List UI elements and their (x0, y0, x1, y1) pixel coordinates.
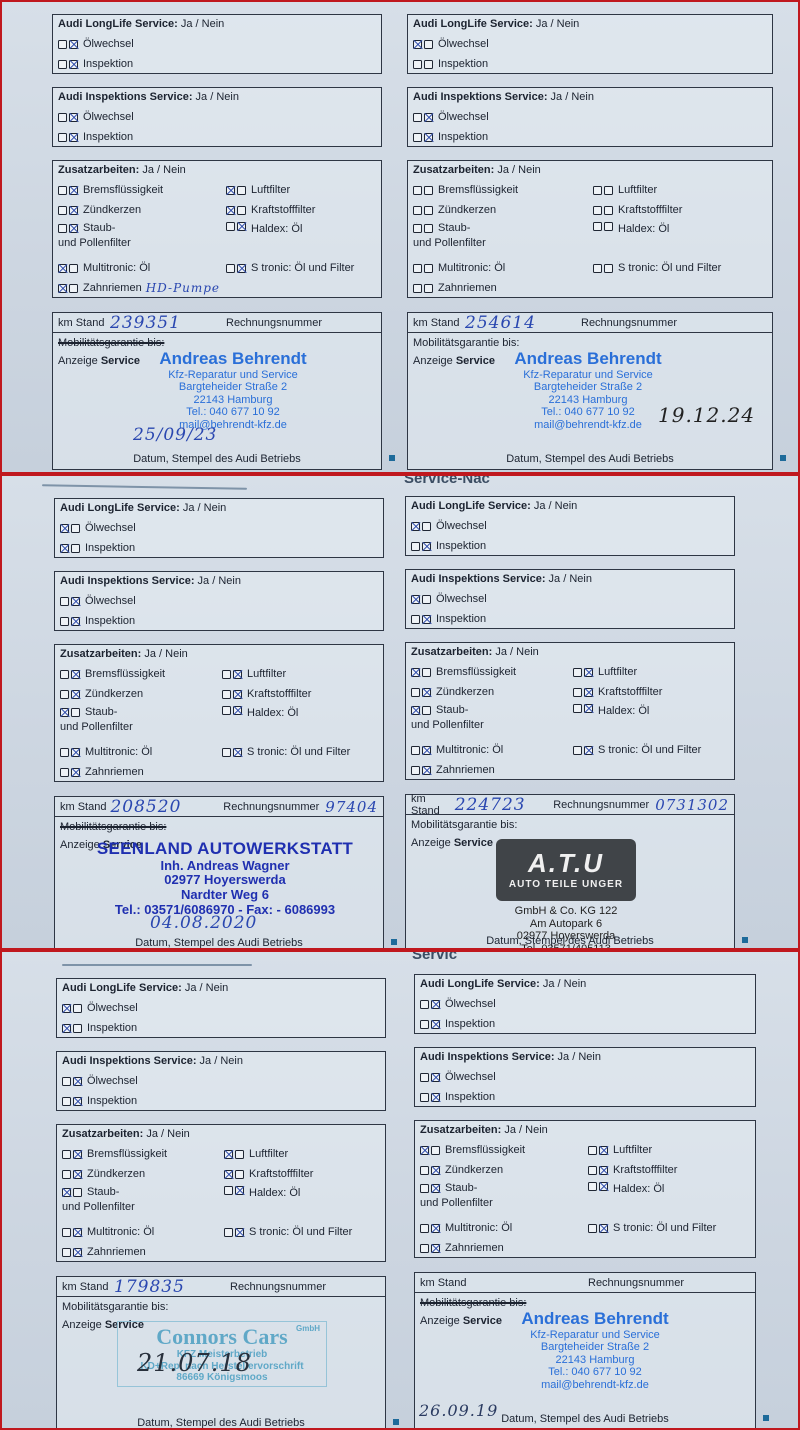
checkbox-row-bremsfluessigkeit: Bremsflüssigkeit (60, 664, 216, 684)
checkbox-ja[interactable] (58, 206, 67, 215)
checkbox-nein[interactable] (431, 1000, 440, 1009)
checkbox-nein[interactable] (73, 1077, 82, 1086)
checkbox-nein[interactable] (431, 1073, 440, 1082)
checkbox-row-inspektion: Inspektion (420, 1087, 750, 1107)
checkbox-ja[interactable] (222, 706, 231, 715)
label-stronic: S tronic: Öl und Filter (247, 745, 350, 759)
checkbox-ja[interactable] (413, 284, 422, 293)
longlife-box: Audi LongLife Service: Ja / Nein Ölwechs… (407, 14, 773, 74)
checkbox-row-multitronic: Multitronic: Öl (60, 742, 216, 762)
checkbox-row-inspektion: Inspektion (58, 127, 376, 147)
checkbox-ja[interactable] (62, 1097, 71, 1106)
checkbox-ja[interactable] (60, 617, 69, 626)
checkbox-nein[interactable] (71, 690, 80, 699)
label-inspektion: Inspektion (436, 612, 486, 626)
checkbox-row-inspektion: Inspektion (411, 536, 729, 556)
longlife-title: Audi LongLife Service: (58, 18, 178, 30)
label-inspektion: Inspektion (87, 1021, 137, 1035)
km-stand-label: km Stand (60, 801, 110, 813)
checkbox-nein[interactable] (69, 264, 78, 273)
checkbox-nein[interactable] (424, 224, 433, 233)
checkbox-row-stronic: S tronic: Öl und Filter (588, 1218, 750, 1238)
checkbox-nein[interactable] (424, 284, 433, 293)
ja-nein-label: Ja / Nein (534, 500, 577, 512)
checkbox-nein[interactable] (422, 746, 431, 755)
checkbox-nein[interactable] (235, 1170, 244, 1179)
checkbox-row-multitronic: Multitronic: Öl (420, 1218, 582, 1238)
checkbox-nein[interactable] (422, 522, 431, 531)
checkbox-row-zahnriemen: Zahnriemen (413, 278, 587, 298)
checkbox-nein[interactable] (69, 113, 78, 122)
longlife-title: Audi LongLife Service: (62, 982, 182, 994)
checkbox-row-stronic: S tronic: Öl und Filter (573, 740, 729, 760)
checkbox-nein[interactable] (599, 1224, 608, 1233)
label-oelwechsel: Ölwechsel (438, 37, 489, 51)
checkbox-nein[interactable] (71, 748, 80, 757)
checkbox-ja[interactable] (226, 206, 235, 215)
checkbox-ja[interactable] (224, 1170, 233, 1179)
checkbox-nein[interactable] (73, 1150, 82, 1159)
label-zuendkerzen: Zündkerzen (85, 687, 143, 701)
checkbox-ja[interactable] (224, 1150, 233, 1159)
checkbox-row-stronic: S tronic: Öl und Filter (222, 742, 378, 762)
label-zuendkerzen: Zündkerzen (445, 1163, 503, 1177)
label-kraftstofffilter: Kraftstofffilter (247, 687, 311, 701)
label-zuendkerzen: Zündkerzen (438, 203, 496, 217)
label-inspektion: Inspektion (438, 130, 488, 144)
checkbox-ja[interactable] (60, 708, 69, 717)
label-kraftstofffilter: Kraftstofffilter (249, 1167, 313, 1181)
checkbox-nein[interactable] (69, 206, 78, 215)
label-luftfilter: Luftfilter (598, 665, 637, 679)
zusatz-title: Zusatzarbeiten: (420, 1124, 501, 1136)
checkbox-nein[interactable] (71, 544, 80, 553)
checkbox-ja[interactable] (413, 264, 422, 273)
rechnungsnummer-label: Rechnungsnummer (581, 317, 677, 329)
checkbox-row-zuendkerzen: Zündkerzen (62, 1164, 218, 1184)
checkbox-ja[interactable] (62, 1228, 71, 1237)
checkbox-row-oelwechsel: Ölwechsel (420, 1067, 750, 1087)
checkbox-ja[interactable] (60, 524, 69, 533)
checkbox-nein[interactable] (584, 668, 593, 677)
checkbox-row-oelwechsel: Ölwechsel (413, 34, 767, 54)
checkbox-nein[interactable] (424, 264, 433, 273)
label-inspektion: Inspektion (438, 57, 488, 71)
service-entry: Audi LongLife Service: Ja / Nein Ölwechs… (414, 974, 756, 1430)
label-luftfilter: Luftfilter (249, 1147, 288, 1161)
checkbox-ja[interactable] (60, 768, 69, 777)
checkbox-nein[interactable] (73, 1188, 82, 1197)
label-inspektion: Inspektion (445, 1017, 495, 1031)
service-date: 25/09/23 (133, 425, 217, 445)
checkbox-row-oelwechsel: Ölwechsel (62, 1071, 380, 1091)
checkbox-nein[interactable] (69, 40, 78, 49)
ja-nein-label: Ja / Nein (144, 648, 187, 660)
checkbox-ja[interactable] (60, 748, 69, 757)
checkbox-ja[interactable] (573, 704, 582, 713)
checkbox-ja[interactable] (411, 522, 420, 531)
checkbox-nein[interactable] (233, 706, 242, 715)
checkbox-nein[interactable] (431, 1020, 440, 1029)
checkbox-nein[interactable] (237, 186, 246, 195)
checkbox-ja[interactable] (58, 224, 67, 233)
checkbox-ja[interactable] (413, 113, 422, 122)
checkbox-nein[interactable] (422, 688, 431, 697)
checkbox-ja[interactable] (420, 1244, 429, 1253)
checkbox-row-luftfilter: Luftfilter (226, 180, 376, 200)
checkbox-nein[interactable] (584, 746, 593, 755)
checkbox-nein[interactable] (69, 186, 78, 195)
label-zahnriemen: Zahnriemen (83, 281, 142, 295)
service-page-photo-2: Service-Nac Audi LongLife Service: Ja / … (0, 474, 800, 950)
checkbox-nein[interactable] (422, 615, 431, 624)
checkbox-ja[interactable] (226, 222, 235, 231)
checkbox-nein[interactable] (431, 1224, 440, 1233)
checkbox-ja[interactable] (58, 60, 67, 69)
checkbox-ja[interactable] (588, 1224, 597, 1233)
checkbox-nein[interactable] (431, 1146, 440, 1155)
checkbox-nein[interactable] (424, 60, 433, 69)
checkbox-ja[interactable] (588, 1166, 597, 1175)
checkbox-row-oelwechsel: Ölwechsel (58, 107, 376, 127)
atu-logo: A.T.UAUTO TEILE UNGER (496, 839, 636, 901)
inspektions-box: Audi Inspektions Service: Ja / Nein Ölwe… (414, 1047, 756, 1107)
checkbox-ja[interactable] (593, 264, 602, 273)
checkbox-ja[interactable] (413, 206, 422, 215)
label-oelwechsel: Ölwechsel (438, 110, 489, 124)
label-zuendkerzen: Zündkerzen (436, 685, 494, 699)
km-stand-value: 208520 (110, 797, 217, 817)
checkbox-nein[interactable] (71, 670, 80, 679)
label-inspektion: Inspektion (85, 541, 135, 555)
ja-nein-label: Ja / Nein (551, 91, 594, 103)
checkbox-ja[interactable] (60, 544, 69, 553)
page-heading: Servic (412, 950, 457, 963)
checkbox-ja[interactable] (411, 542, 420, 551)
label-oelwechsel: Ölwechsel (87, 1074, 138, 1088)
label-zuendkerzen: Zündkerzen (83, 203, 141, 217)
inspektions-box: Audi Inspektions Service: Ja / Nein Ölwe… (54, 571, 384, 631)
label-multitronic: Multitronic: Öl (445, 1221, 512, 1235)
label-stronic: S tronic: Öl und Filter (618, 261, 721, 275)
checkbox-ja[interactable] (222, 670, 231, 679)
checkbox-ja[interactable] (593, 186, 602, 195)
checkbox-nein[interactable] (69, 60, 78, 69)
mobilitaetsgarantie-label: Mobilitätsgarantie bis: (62, 1299, 380, 1315)
checkbox-row-bremsfluessigkeit: Bremsflüssigkeit (413, 180, 587, 200)
label-pollenfilter: und Pollenfilter (413, 236, 587, 250)
checkbox-ja[interactable] (573, 688, 582, 697)
checkbox-ja[interactable] (62, 1150, 71, 1159)
checkbox-row-kraftstofffilter: Kraftstofffilter (588, 1160, 750, 1180)
checkbox-nein[interactable] (422, 542, 431, 551)
checkbox-ja[interactable] (413, 60, 422, 69)
checkbox-row-zahnriemen: Zahnriemen (62, 1242, 218, 1262)
mobilitaetsgarantie-label: Mobilitätsgarantie bis: (60, 819, 378, 835)
checkbox-nein[interactable] (604, 206, 613, 215)
checkbox-row-multitronic: Multitronic: Öl (62, 1222, 218, 1242)
service-entry: Audi LongLife Service: Ja / Nein Ölwechs… (52, 14, 382, 474)
checkbox-nein[interactable] (424, 186, 433, 195)
checkbox-row-oelwechsel: Ölwechsel (60, 591, 378, 611)
checkbox-nein[interactable] (235, 1186, 244, 1195)
checkbox-row-zuendkerzen: Zündkerzen (58, 200, 220, 220)
checkbox-ja[interactable] (588, 1146, 597, 1155)
checkbox-row-staub-pollenfilter: Staub- und Pollenfilter (411, 702, 567, 740)
checkbox-ja[interactable] (411, 706, 420, 715)
checkbox-nein[interactable] (422, 595, 431, 604)
checkbox-ja[interactable] (420, 1093, 429, 1102)
checkbox-nein[interactable] (233, 670, 242, 679)
checkbox-ja[interactable] (593, 222, 602, 231)
checkbox-nein[interactable] (71, 768, 80, 777)
checkbox-ja[interactable] (58, 40, 67, 49)
checkbox-nein[interactable] (599, 1146, 608, 1155)
checkbox-nein[interactable] (431, 1244, 440, 1253)
label-staub: Staub- (83, 221, 115, 235)
label-oelwechsel: Ölwechsel (85, 521, 136, 535)
checkbox-ja[interactable] (588, 1182, 597, 1191)
label-inspektion: Inspektion (83, 57, 133, 71)
checkbox-nein[interactable] (71, 708, 80, 717)
checkbox-ja[interactable] (58, 284, 67, 293)
checkbox-nein[interactable] (73, 1248, 82, 1257)
checkbox-nein[interactable] (599, 1182, 608, 1191)
label-haldex: Haldex: Öl (618, 222, 669, 236)
zusatzarbeiten-box: Zusatzarbeiten: Ja / Nein Bremsflüssigke… (52, 160, 382, 298)
label-oelwechsel: Ölwechsel (436, 592, 487, 606)
checkbox-nein[interactable] (233, 690, 242, 699)
checkbox-row-haldex: Haldex: Öl (588, 1180, 750, 1200)
label-multitronic: Multitronic: Öl (436, 743, 503, 757)
ja-nein-label: Ja / Nein (497, 164, 540, 176)
corner-marker (742, 937, 748, 943)
checkbox-row-haldex: Haldex: Öl (573, 702, 729, 722)
checkbox-ja[interactable] (573, 746, 582, 755)
zusatz-title: Zusatzarbeiten: (62, 1128, 143, 1140)
datum-stempel-label: Datum, Stempel des Audi Betriebs (53, 453, 381, 465)
checkbox-ja[interactable] (62, 1004, 71, 1013)
label-bremsfluessigkeit: Bremsflüssigkeit (445, 1143, 525, 1157)
km-stand-label: km Stand (420, 1277, 472, 1289)
checkbox-nein[interactable] (422, 668, 431, 677)
checkbox-nein[interactable] (604, 186, 613, 195)
checkbox-row-inspektion: Inspektion (60, 538, 378, 558)
ja-nein-label: Ja / Nein (198, 575, 241, 587)
checkbox-ja[interactable] (411, 615, 420, 624)
checkbox-nein[interactable] (73, 1097, 82, 1106)
label-haldex: Haldex: Öl (249, 1186, 300, 1200)
label-oelwechsel: Ölwechsel (436, 519, 487, 533)
checkbox-ja[interactable] (413, 186, 422, 195)
checkbox-ja[interactable] (420, 1073, 429, 1082)
label-kraftstofffilter: Kraftstofffilter (251, 203, 315, 217)
longlife-box: Audi LongLife Service: Ja / Nein Ölwechs… (405, 496, 735, 556)
km-stand-value: 239351 (110, 313, 220, 333)
checkbox-nein[interactable] (422, 706, 431, 715)
checkbox-ja[interactable] (224, 1186, 233, 1195)
checkbox-nein[interactable] (424, 113, 433, 122)
inspektions-box: Audi Inspektions Service: Ja / Nein Ölwe… (405, 569, 735, 629)
checkbox-nein[interactable] (604, 264, 613, 273)
checkbox-ja[interactable] (226, 186, 235, 195)
label-inspektion: Inspektion (85, 614, 135, 628)
checkbox-nein[interactable] (73, 1004, 82, 1013)
label-zuendkerzen: Zündkerzen (87, 1167, 145, 1181)
checkbox-ja[interactable] (222, 748, 231, 757)
service-page-photo-1: Audi LongLife Service: Ja / Nein Ölwechs… (0, 0, 800, 474)
checkbox-ja[interactable] (411, 668, 420, 677)
checkbox-nein[interactable] (73, 1228, 82, 1237)
checkbox-ja[interactable] (60, 690, 69, 699)
checkbox-row-oelwechsel: Ölwechsel (413, 107, 767, 127)
checkbox-row-luftfilter: Luftfilter (224, 1144, 380, 1164)
label-luftfilter: Luftfilter (251, 183, 290, 197)
checkbox-nein[interactable] (431, 1166, 440, 1175)
checkbox-row-multitronic: Multitronic: Öl (413, 258, 587, 278)
checkbox-ja[interactable] (58, 133, 67, 142)
checkbox-row-zuendkerzen: Zündkerzen (420, 1160, 582, 1180)
checkbox-ja[interactable] (413, 224, 422, 233)
checkbox-ja[interactable] (573, 668, 582, 677)
service-record-box: km Stand 239351 Rechnungsnummer Mobilitä… (52, 312, 382, 470)
rechnungsnummer-label: Rechnungsnummer (223, 801, 319, 813)
longlife-title: Audi LongLife Service: (413, 18, 533, 30)
longlife-title: Audi LongLife Service: (420, 978, 540, 990)
corner-marker (780, 455, 786, 461)
label-luftfilter: Luftfilter (247, 667, 286, 681)
checkbox-ja[interactable] (413, 40, 422, 49)
checkbox-nein[interactable] (71, 617, 80, 626)
checkbox-ja[interactable] (411, 688, 420, 697)
checkbox-ja[interactable] (420, 1166, 429, 1175)
label-bremsfluessigkeit: Bremsflüssigkeit (438, 183, 518, 197)
checkbox-ja[interactable] (411, 595, 420, 604)
checkbox-ja[interactable] (62, 1170, 71, 1179)
checkbox-row-inspektion: Inspektion (58, 54, 376, 74)
checkbox-nein[interactable] (69, 284, 78, 293)
datum-stempel-label: Datum, Stempel des Audi Betriebs (55, 937, 383, 949)
checkbox-row-oelwechsel: Ölwechsel (58, 34, 376, 54)
checkbox-row-oelwechsel: Ölwechsel (411, 516, 729, 536)
checkbox-ja[interactable] (593, 206, 602, 215)
checkbox-nein[interactable] (69, 133, 78, 142)
page-rule (62, 964, 252, 966)
checkbox-ja[interactable] (58, 264, 67, 273)
checkbox-nein[interactable] (424, 133, 433, 142)
checkbox-row-zuendkerzen: Zündkerzen (411, 682, 567, 702)
checkbox-ja[interactable] (420, 1000, 429, 1009)
service-record-box: km Stand 254614 Rechnungsnummer Mobilitä… (407, 312, 773, 470)
checkbox-nein[interactable] (73, 1024, 82, 1033)
checkbox-nein[interactable] (71, 597, 80, 606)
checkbox-ja[interactable] (222, 690, 231, 699)
checkbox-ja[interactable] (411, 746, 420, 755)
checkbox-nein[interactable] (584, 688, 593, 697)
checkbox-row-luftfilter: Luftfilter (222, 664, 378, 684)
checkbox-nein[interactable] (584, 704, 593, 713)
label-haldex: Haldex: Öl (613, 1182, 664, 1196)
checkbox-ja[interactable] (420, 1184, 429, 1193)
label-zahnriemen: Zahnriemen (445, 1241, 504, 1255)
label-haldex: Haldex: Öl (251, 222, 302, 236)
checkbox-nein[interactable] (69, 224, 78, 233)
label-inspektion: Inspektion (87, 1094, 137, 1108)
ja-nein-label: Ja / Nein (142, 164, 185, 176)
checkbox-nein[interactable] (237, 206, 246, 215)
checkbox-ja[interactable] (62, 1024, 71, 1033)
checkbox-nein[interactable] (424, 206, 433, 215)
checkbox-nein[interactable] (71, 524, 80, 533)
checkbox-ja[interactable] (420, 1146, 429, 1155)
label-multitronic: Multitronic: Öl (438, 261, 505, 275)
checkbox-row-kraftstofffilter: Kraftstofffilter (226, 200, 376, 220)
checkbox-ja[interactable] (411, 766, 420, 775)
checkbox-nein[interactable] (235, 1150, 244, 1159)
inspektions-title: Audi Inspektions Service: (413, 91, 547, 103)
checkbox-ja[interactable] (420, 1020, 429, 1029)
checkbox-nein[interactable] (233, 748, 242, 757)
checkbox-nein[interactable] (422, 766, 431, 775)
service-entry: Audi LongLife Service: Ja / Nein Ölwechs… (407, 14, 773, 474)
label-haldex: Haldex: Öl (247, 706, 298, 720)
checkbox-nein[interactable] (431, 1184, 440, 1193)
longlife-box: Audi LongLife Service: Ja / Nein Ölwechs… (54, 498, 384, 558)
checkbox-ja[interactable] (60, 597, 69, 606)
corner-marker (389, 455, 395, 461)
checkbox-nein[interactable] (604, 222, 613, 231)
checkbox-ja[interactable] (62, 1077, 71, 1086)
checkbox-row-oelwechsel: Ölwechsel (62, 998, 380, 1018)
checkbox-ja[interactable] (62, 1248, 71, 1257)
checkbox-row-stronic: S tronic: Öl und Filter (224, 1222, 380, 1242)
label-kraftstofffilter: Kraftstofffilter (618, 203, 682, 217)
label-inspektion: Inspektion (83, 130, 133, 144)
checkbox-nein[interactable] (424, 40, 433, 49)
checkbox-ja[interactable] (224, 1228, 233, 1237)
checkbox-row-staub-pollenfilter: Staub- und Pollenfilter (60, 704, 216, 742)
longlife-box: Audi LongLife Service: Ja / Nein Ölwechs… (56, 978, 386, 1038)
checkbox-ja[interactable] (413, 133, 422, 142)
label-inspektion: Inspektion (445, 1090, 495, 1104)
checkbox-ja[interactable] (60, 670, 69, 679)
checkbox-nein[interactable] (599, 1166, 608, 1175)
service-record-box: km Stand Rechnungsnummer Mobilitätsgaran… (414, 1272, 756, 1430)
service-record-box: km Stand 208520 Rechnungsnummer 97404 Mo… (54, 796, 384, 950)
service-record-box: km Stand 224723 Rechnungsnummer 0731302 … (405, 794, 735, 950)
checkbox-ja[interactable] (226, 264, 235, 273)
checkbox-ja[interactable] (62, 1188, 71, 1197)
ja-nein-label: Ja / Nein (181, 18, 224, 30)
km-stand-value: 179835 (114, 1277, 224, 1297)
checkbox-ja[interactable] (420, 1224, 429, 1233)
checkbox-nein[interactable] (237, 264, 246, 273)
checkbox-nein[interactable] (431, 1093, 440, 1102)
checkbox-row-haldex: Haldex: Öl (226, 220, 376, 240)
service-date: 19.12.24 (658, 403, 755, 427)
label-multitronic: Multitronic: Öl (87, 1225, 154, 1239)
label-pollenfilter: und Pollenfilter (420, 1196, 582, 1210)
checkbox-nein[interactable] (73, 1170, 82, 1179)
checkbox-row-inspektion: Inspektion (411, 609, 729, 629)
checkbox-nein[interactable] (237, 222, 246, 231)
checkbox-nein[interactable] (235, 1228, 244, 1237)
checkbox-row-kraftstofffilter: Kraftstofffilter (593, 200, 767, 220)
rechnungsnummer-label: Rechnungsnummer (588, 1277, 684, 1289)
checkbox-ja[interactable] (58, 113, 67, 122)
checkbox-ja[interactable] (58, 186, 67, 195)
label-bremsfluessigkeit: Bremsflüssigkeit (83, 183, 163, 197)
